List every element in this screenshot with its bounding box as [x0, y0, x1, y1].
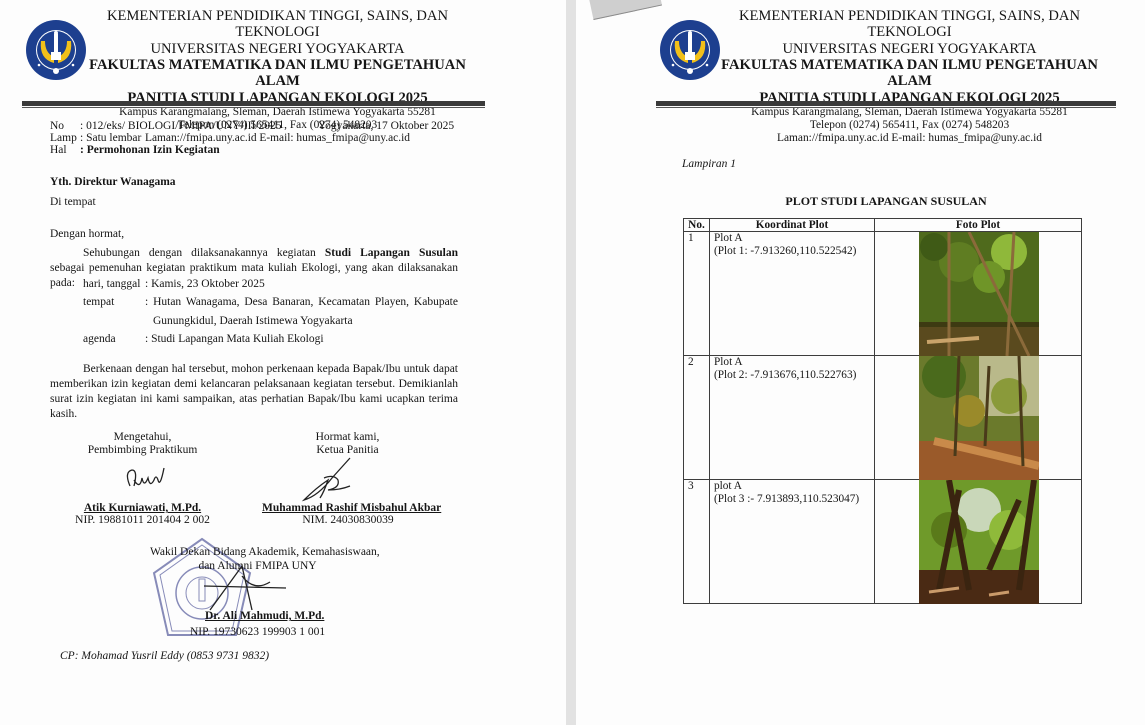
table-header-row: No. Koordinat Plot Foto Plot — [684, 219, 1082, 232]
detail-place-value: : Hutan Wanagama, Desa Banaran, Kecamata… — [145, 296, 458, 308]
meta-lamp-value: : Satu lembar — [80, 132, 141, 144]
meta-no-value: : 012/eks/ BIOLOGI/FMIPA/UNY/III/2025 — [80, 120, 281, 132]
row-number: 3 — [684, 480, 710, 604]
forest-photo-1 — [919, 232, 1039, 356]
column-header-coordinates: Koordinat Plot — [710, 219, 875, 232]
signatory-right-title: Hormat kami, Ketua Panitia — [270, 431, 425, 457]
detail-date-value: : Kamis, 23 Oktober 2025 — [145, 278, 265, 290]
row-number: 2 — [684, 356, 710, 480]
detail-agenda-value: : Studi Lapangan Mata Kuliah Ekologi — [145, 333, 324, 345]
recipient-place: Di tempat — [50, 196, 96, 208]
letter-date: Yogyakarta, 17 Oktober 2025 — [318, 120, 454, 132]
meta-no-label: No — [50, 120, 64, 132]
attachment-page: KEMENTERIAN PENDIDIKAN TINGGI, SAINS, DA… — [576, 0, 1145, 725]
signatory-left-title: Mengetahui, Pembimbing Praktikum — [70, 431, 215, 457]
letterhead-phone: Telepon (0274) 565411, Fax (0274) 548203 — [712, 119, 1107, 132]
detail-agenda-label: agenda — [83, 333, 116, 345]
attachment-label: Lampiran 1 — [682, 158, 736, 170]
table-row: 1 Plot A (Plot 1: -7.913260,110.522542) — [684, 232, 1082, 356]
signatory-bottom-id: NIP. 19730623 199903 1 001 — [190, 626, 325, 638]
table-row: 3 plot A (Plot 3 :- 7.913893,110.523047) — [684, 480, 1082, 604]
row-coordinates: plot A (Plot 3 :- 7.913893,110.523047) — [710, 480, 875, 604]
letterhead-university: UNIVERSITAS NEGERI YOGYAKARTA — [712, 41, 1107, 57]
table-row: 2 Plot A (Plot 2: -7.913676,110.522763) — [684, 356, 1082, 480]
column-header-no: No. — [684, 219, 710, 232]
row-photo-cell — [875, 232, 1082, 356]
row-photo-cell — [875, 356, 1082, 480]
event-name: Studi Lapangan Susulan — [325, 247, 458, 259]
letter-page: KEMENTERIAN PENDIDIKAN TINGGI, SAINS, DA… — [0, 0, 566, 725]
contact-person: CP: Mohamad Yusril Eddy (0853 9731 9832) — [60, 650, 269, 662]
signature-left-icon — [120, 466, 170, 494]
column-header-photo: Foto Plot — [875, 219, 1082, 232]
row-photo-cell — [875, 480, 1082, 604]
page-separator — [566, 0, 576, 725]
row-coordinates: Plot A (Plot 1: -7.913260,110.522542) — [710, 232, 875, 356]
row-number: 1 — [684, 232, 710, 356]
row-coordinates: Plot A (Plot 2: -7.913676,110.522763) — [710, 356, 875, 480]
forest-photo-2 — [919, 356, 1039, 480]
forest-photo-3 — [919, 480, 1039, 604]
signatory-right-name: Muhammad Rashif Misbahul Akbar — [262, 502, 434, 514]
letterhead-ministry: KEMENTERIAN PENDIDIKAN TINGGI, SAINS, DA… — [712, 8, 1107, 41]
greeting: Dengan hormat, — [50, 228, 124, 240]
letterhead-web-email: Laman://fmipa.uny.ac.id E-mail: humas_fm… — [712, 132, 1107, 145]
signatory-right-id: NIM. 24030830039 — [262, 514, 434, 526]
letterhead-ministry: KEMENTERIAN PENDIDIKAN TINGGI, SAINS, DA… — [80, 8, 475, 41]
letterhead-university: UNIVERSITAS NEGERI YOGYAKARTA — [80, 41, 475, 57]
signature-right-icon — [298, 456, 358, 502]
letterhead-divider — [22, 101, 485, 106]
recipient: Yth. Direktur Wanagama — [50, 176, 176, 188]
detail-place-value-2: Gunungkidul, Daerah Istimewa Yogyakarta — [153, 315, 353, 327]
attachment-title: PLOT STUDI LAPANGAN SUSULAN — [683, 194, 1089, 209]
university-logo-icon — [25, 19, 87, 81]
meta-lamp-label: Lamp — [50, 132, 77, 144]
letterhead: KEMENTERIAN PENDIDIKAN TINGGI, SAINS, DA… — [712, 8, 1107, 144]
folded-corner — [588, 0, 662, 20]
detail-place-label: tempat — [83, 296, 114, 308]
letterhead-faculty: FAKULTAS MATEMATIKA DAN ILMU PENGETAHUAN… — [80, 57, 475, 90]
signatory-bottom-name: Dr. Ali Mahmudi, M.Pd. — [205, 610, 324, 622]
meta-hal-value: : Permohonan Izin Kegiatan — [80, 144, 220, 156]
paragraph-closing: Berkenaan dengan hal tersebut, mohon per… — [50, 362, 458, 422]
letterhead-divider — [656, 101, 1116, 106]
detail-date-label: hari, tanggal — [83, 278, 140, 290]
plot-table: No. Koordinat Plot Foto Plot 1 Plot A (P… — [683, 218, 1082, 604]
letterhead-faculty: FAKULTAS MATEMATIKA DAN ILMU PENGETAHUAN… — [712, 57, 1107, 90]
meta-hal-label: Hal — [50, 144, 67, 156]
signatory-left-id: NIP. 19881011 201404 2 002 — [70, 514, 215, 526]
signatory-bottom-title: Wakil Dekan Bidang Akademik, Kemahasiswa… — [150, 545, 365, 573]
signatory-left-name: Atik Kurniawati, M.Pd. — [70, 502, 215, 514]
